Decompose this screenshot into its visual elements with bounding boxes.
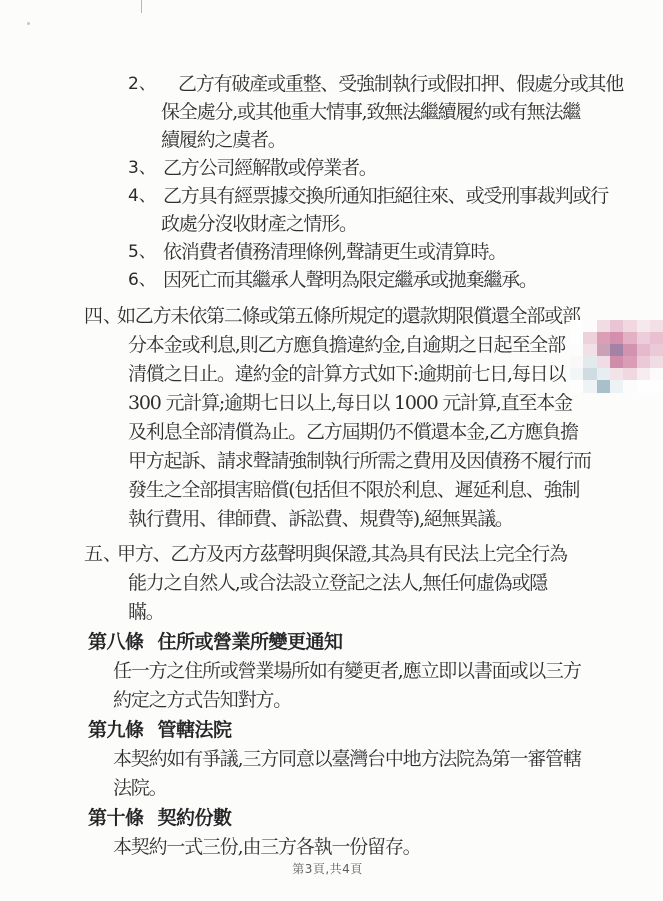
item-number: 3、 [128,154,156,182]
article-title: 契約份數 [158,807,232,829]
redaction-mosaic [570,320,663,392]
text-line: 本契約一式三份,由三方各執一份留存。 [113,833,633,862]
text-line: 保全處分,或其他重大情事,致無法繼續履約或有無法繼 [161,98,633,126]
article-section: 第八條住所或營業所變更通知 任一方之住所或營業場所如有變更者,應立即以書面或以三… [0,628,663,715]
text-line: 及利息全部清償為止。乙方屆期仍不償還本金,乙方應負擔 [128,418,633,447]
text-line: 續履約之虞者。 [161,126,633,154]
article-heading: 第九條管轄法院 [88,716,663,745]
text-line: 如乙方未依第二條或第五條所規定的還款期限償還全部或部 [128,302,633,331]
list-item: 4、 乙方具有經票據交換所通知拒絕往來、或受刑事裁判或行 政處分沒收財產之情形。 [161,182,633,238]
item-number: 5、 [128,238,156,266]
article-title: 管轄法院 [158,719,232,741]
clause-number: 五、 [84,540,122,569]
article-number: 第八條 [88,631,144,653]
text-line: 因死亡而其繼承人聲明為限定繼承或拋棄繼承。 [161,266,633,294]
item-number: 4、 [128,182,156,210]
clause-number: 四、 [84,302,122,331]
text-line: 發生之全部損害賠償(包括但不限於利息、遲延利息、強制 [128,476,633,505]
list-item: 2、 乙方有破產或重整、受強制執行或假扣押、假處分或其他 保全處分,或其他重大情… [161,70,633,154]
article-number: 第十條 [88,807,144,829]
article-section: 第九條管轄法院 本契約如有爭議,三方同意以臺灣台中地方法院為第一審管轄 法院。 [0,716,663,803]
scanned-contract-page: 2、 乙方有破產或重整、受強制執行或假扣押、假處分或其他 保全處分,或其他重大情… [0,0,663,901]
document-body: 2、 乙方有破產或重整、受強制執行或假扣押、假處分或其他 保全處分,或其他重大情… [0,0,663,862]
text-line: 法院。 [113,774,633,803]
text-line: 甲方起訴、請求聲請強制執行所需之費用及因債務不履行而 [128,447,633,476]
list-item: 6、 因死亡而其繼承人聲明為限定繼承或拋棄繼承。 [161,266,633,294]
text-line: 約定之方式告知對方。 [113,686,633,715]
list-item: 3、 乙方公司經解散或停業者。 [161,154,633,182]
article-number: 第九條 [88,719,144,741]
item-number: 6、 [128,266,156,294]
page-footer: 第3頁,共4頁 [0,860,655,877]
clause-item: 四、 如乙方未依第二條或第五條所規定的還款期限償還全部或部 分本金或利息,則乙方… [128,302,633,534]
text-line: 執行費用、律師費、訴訟費、規費等),絕無異議。 [128,505,633,534]
item-number: 2、 [128,70,156,98]
list-item: 5、 依消費者債務清理條例,聲請更生或清算時。 [161,238,633,266]
text-line: 瞞。 [128,598,633,627]
text-line: 能力之自然人,或合法設立登記之法人,無任何虛偽或隱 [128,569,633,598]
text-line: 300 元計算;逾期七日以上,每日以 1000 元計算,直至本金 [128,389,633,418]
text-line: 政處分沒收財產之情形。 [161,210,633,238]
text-line: 乙方有破產或重整、受強制執行或假扣押、假處分或其他 [161,70,633,98]
text-line: 乙方公司經解散或停業者。 [161,154,633,182]
text-line: 本契約如有爭議,三方同意以臺灣台中地方法院為第一審管轄 [113,745,633,774]
article-heading: 第十條契約份數 [88,804,663,833]
text-line: 清償之日止。違約金的計算方式如下:逾期前七日,每日以 [128,360,633,389]
text-line: 甲方、乙方及丙方茲聲明與保證,其為具有民法上完全行為 [128,540,633,569]
clause-item: 五、 甲方、乙方及丙方茲聲明與保證,其為具有民法上完全行為 能力之自然人,或合法… [128,540,633,627]
text-line: 依消費者債務清理條例,聲請更生或清算時。 [161,238,633,266]
article-section: 第十條契約份數 本契約一式三份,由三方各執一份留存。 [0,804,663,862]
article-heading: 第八條住所或營業所變更通知 [88,628,663,657]
text-line: 乙方具有經票據交換所通知拒絕往來、或受刑事裁判或行 [161,182,633,210]
text-line: 任一方之住所或營業場所如有變更者,應立即以書面或以三方 [113,657,633,686]
text-line: 分本金或利息,則乙方應負擔違約金,自逾期之日起至全部 [128,331,633,360]
article-title: 住所或營業所變更通知 [158,631,343,653]
